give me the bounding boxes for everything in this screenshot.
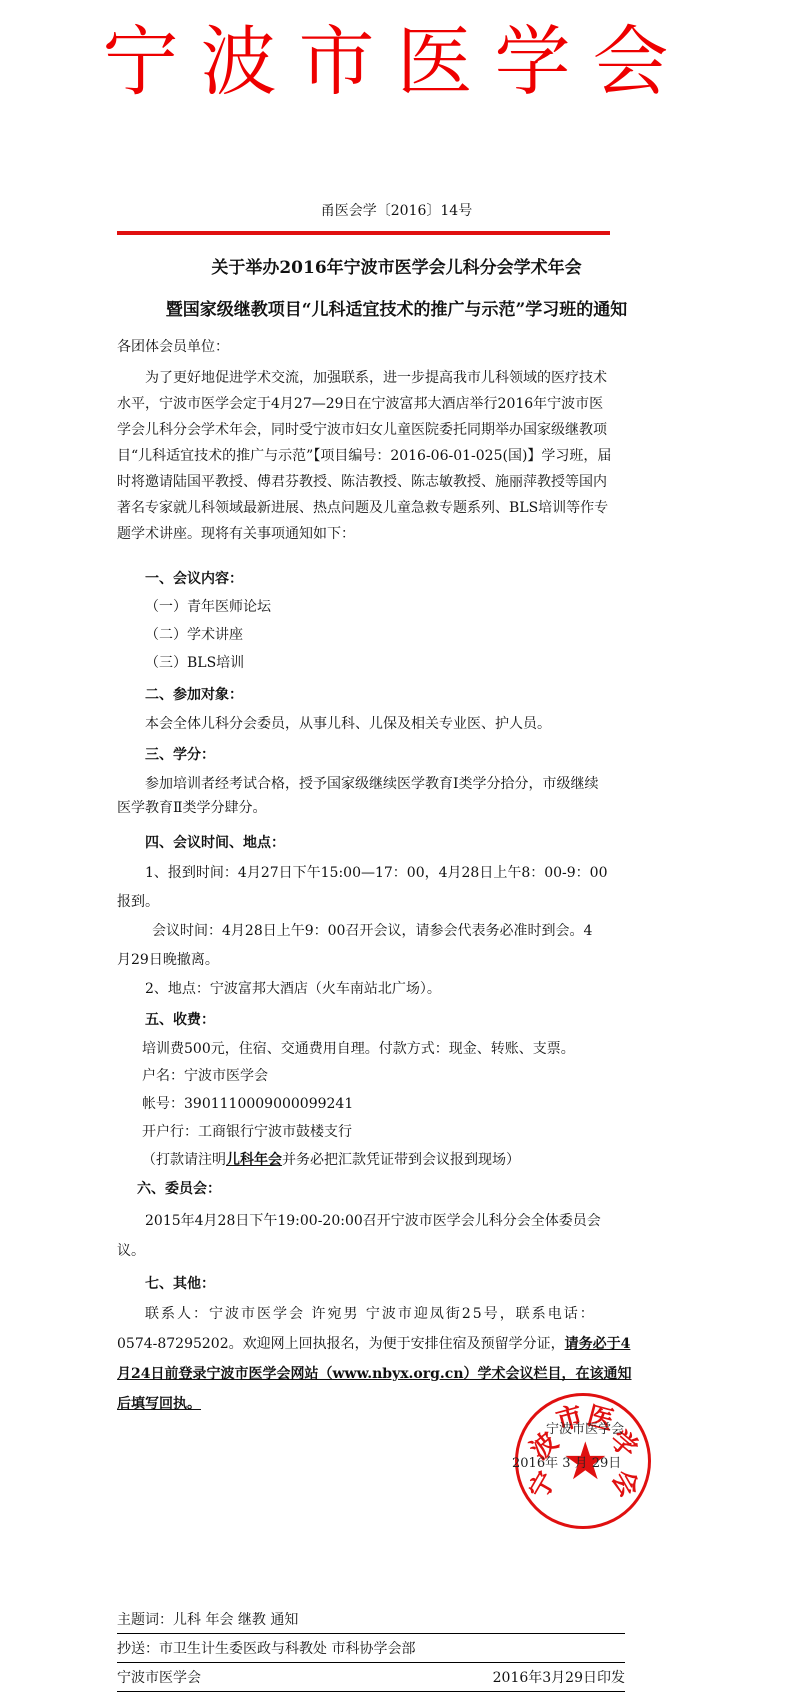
keywords-text: 主题词：儿科 年会 继教 通知 xyxy=(117,1612,298,1628)
paragraph-line: 参加培训者经考试合格，授予国家级继续医学教育Ⅰ类学分拾分，市级继续 xyxy=(145,773,599,793)
section-heading: 三、学分： xyxy=(145,744,215,764)
deadline-emphasis: 请务必于4 xyxy=(565,1336,631,1352)
paragraph: 本会全体儿科分会委员，从事儿科、儿保及相关专业医、护人员。 xyxy=(145,713,551,733)
footer-cc: 抄送：市卫生计生委医政与科教处 市科协学会部 xyxy=(117,1636,625,1663)
contact-line: 0574-87295202。欢迎网上回执报名，为便于安排住宿及预留学分证，请务必… xyxy=(117,1333,630,1353)
list-item: （三）BLS培训 xyxy=(145,652,244,672)
payment-note: （打款请注明儿科年会并务必把汇款凭证带到会议报到现场） xyxy=(142,1149,520,1169)
section-heading: 六、委员会： xyxy=(137,1178,221,1198)
intro-line: 著名专家就儿科领域最新进展、热点问题及儿童急救专题系列、BLS培训等作专 xyxy=(117,497,608,517)
bank-name: 开户行：工商银行宁波市鼓楼支行 xyxy=(142,1121,352,1141)
official-seal: 宁 波 市 医 学 会 ★ 宁波市医学会 2016年 3 月 29日 xyxy=(515,1393,651,1529)
list-item: （二）学术讲座 xyxy=(145,624,243,644)
section-heading: 五、收费： xyxy=(145,1009,215,1029)
paragraph-line: 报到。 xyxy=(117,891,159,911)
section-heading: 七、其他： xyxy=(145,1273,215,1293)
paragraph-line: 1、报到时间：4月27日下午15:00—17：00，4月28日上午8：00-9：… xyxy=(145,862,608,882)
paragraph-line: 医学教育Ⅱ类学分肆分。 xyxy=(117,797,267,817)
paragraph-line: 2、地点：宁波富邦大酒店（火车南站北广场）。 xyxy=(145,978,441,998)
deadline-emphasis: 后填写回执。 xyxy=(117,1393,201,1413)
account-name: 户名：宁波市医学会 xyxy=(142,1065,268,1085)
section-heading: 四、会议时间、地点： xyxy=(145,832,285,852)
paragraph-line: 2015年4月28日下午19:00-20:00召开宁波市医学会儿科分会全体委员会 xyxy=(145,1210,601,1230)
salutation: 各团体会员单位： xyxy=(117,336,229,356)
deadline-emphasis: 月24日前登录宁波市医学会网站（www.nbyx.org.cn）学术会议栏目，在… xyxy=(117,1363,632,1383)
section-heading: 二、参加对象： xyxy=(145,684,243,704)
payment-note-post: 并务必把汇款凭证带到会议报到现场） xyxy=(282,1152,520,1168)
intro-line: 水平，宁波市医学会定于4月27—29日在宁波富邦大酒店举行2016年宁波市医 xyxy=(117,393,603,413)
intro-line: 目“儿科适宜技术的推广与示范”【项目编号：2016-06-01-025(国)】学… xyxy=(117,445,611,465)
payment-note-emphasis: 儿科年会 xyxy=(226,1152,282,1168)
list-item: （一）青年医师论坛 xyxy=(145,596,271,616)
section-heading: 一、会议内容： xyxy=(145,568,243,588)
account-number: 帐号：3901110009000099241 xyxy=(142,1093,353,1113)
contact-line: 联系人：宁波市医学会 许宛男 宁波市迎凤街25号，联系电话： xyxy=(145,1303,596,1323)
footer-keywords: 主题词：儿科 年会 继教 通知 xyxy=(117,1607,625,1634)
issue-date: 2016年3月29日印发 xyxy=(493,1665,625,1691)
signature-org: 宁波市医学会 xyxy=(546,1418,624,1437)
payment-note-pre: （打款请注明 xyxy=(142,1152,226,1168)
footer-issuer: 宁波市医学会 2016年3月29日印发 xyxy=(117,1665,625,1692)
intro-line: 为了更好地促进学术交流，加强联系，进一步提高我市儿科领域的医疗技术 xyxy=(145,367,607,387)
issuer-text: 宁波市医学会 xyxy=(117,1670,201,1686)
intro-line: 时将邀请陆国平教授、傅君芬教授、陈洁教授、陈志敏教授、施丽萍教授等国内 xyxy=(117,471,607,491)
intro-line: 学会儿科分会学术年会，同时受宁波市妇女儿童医院委托同期举办国家级继教项 xyxy=(117,419,607,439)
paragraph-line: 会议时间：4月28日上午9：00召开会议，请参会代表务必准时到会。4 xyxy=(152,920,592,940)
paragraph-line: 月29日晚撤离。 xyxy=(117,949,219,969)
cc-text: 抄送：市卫生计生委医政与科教处 市科协学会部 xyxy=(117,1641,415,1657)
intro-line: 题学术讲座。现将有关事项通知如下： xyxy=(117,523,355,543)
paragraph-line: 议。 xyxy=(117,1240,145,1260)
contact-text: 0574-87295202。欢迎网上回执报名，为便于安排住宿及预留学分证， xyxy=(117,1336,565,1352)
signature-date: 2016年 3 月 29日 xyxy=(512,1452,621,1471)
fee-text: 培训费500元，住宿、交通费用自理。付款方式：现金、转账、支票。 xyxy=(142,1038,575,1058)
